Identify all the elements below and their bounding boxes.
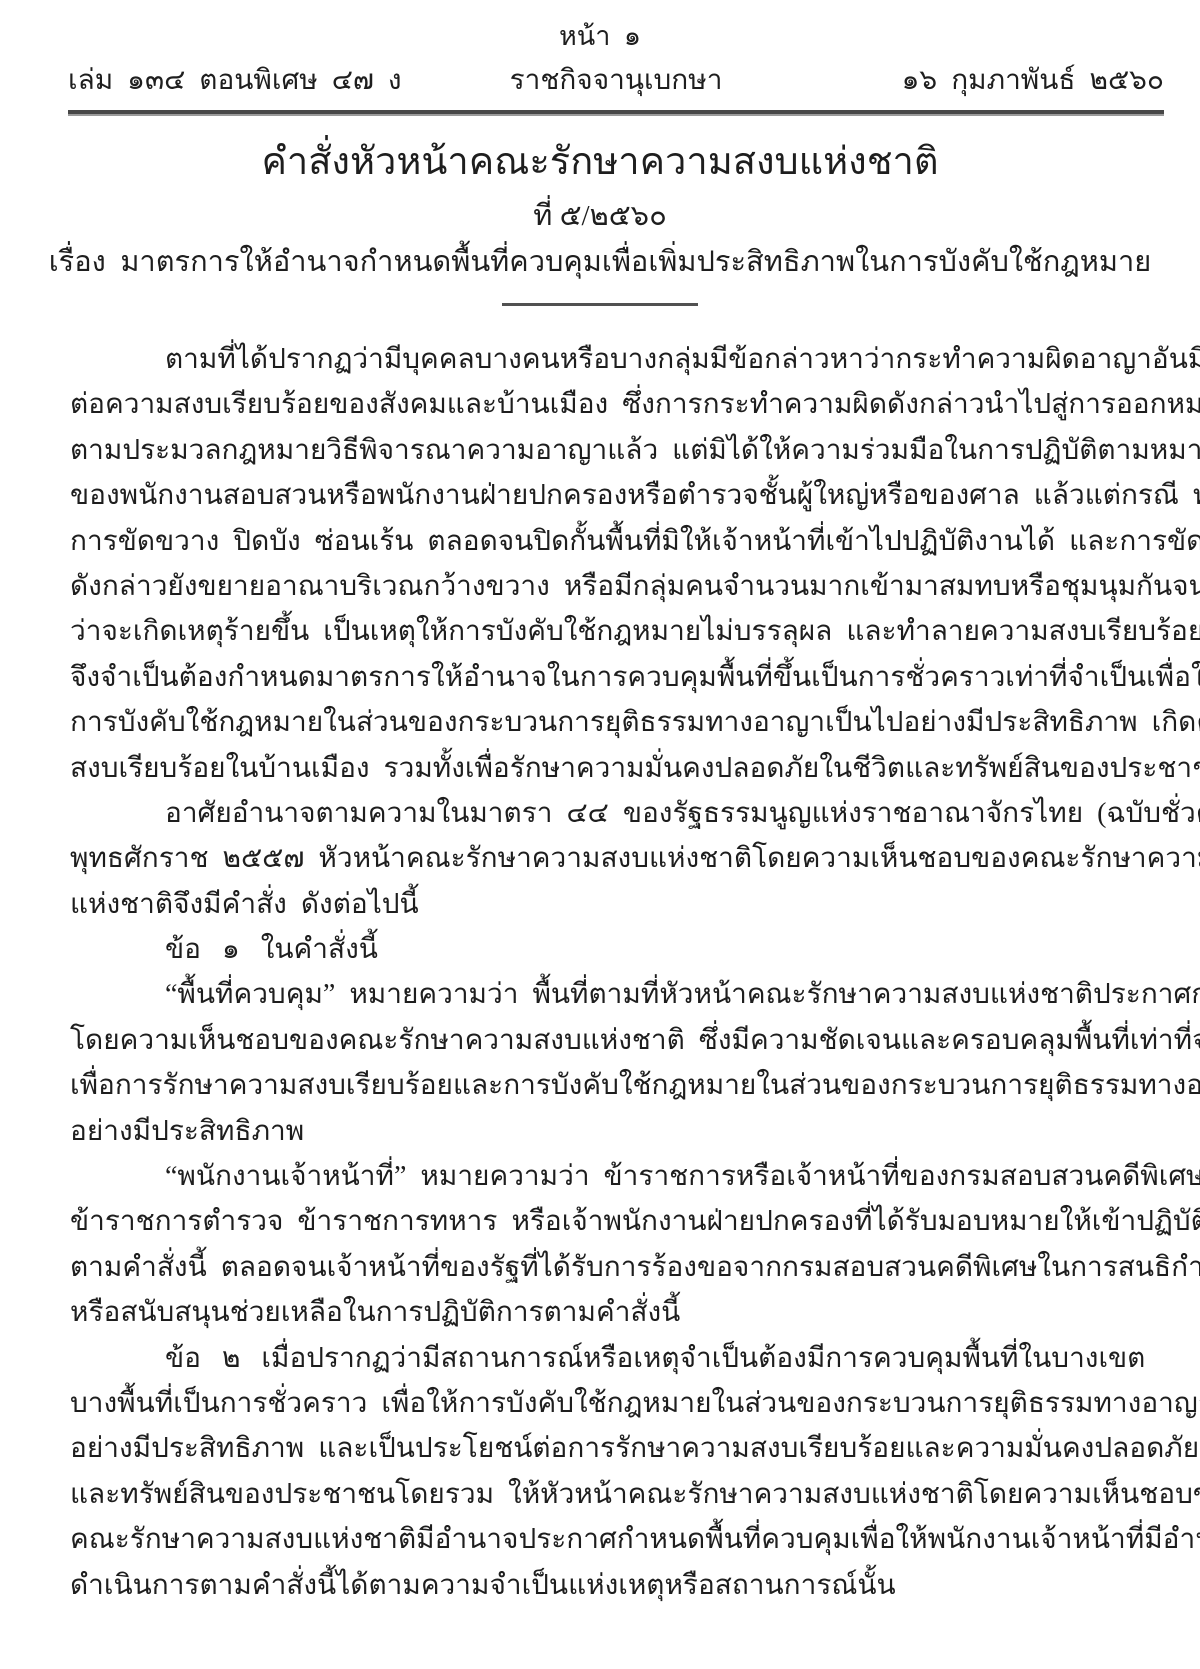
body-line: โดยความเห็นชอบของคณะรักษาความสงบแห่งชาติ… [70,1018,1142,1063]
body-line: การบังคับใช้กฎหมายในส่วนของกระบวนการยุติ… [70,700,1142,745]
body-line: เพื่อการรักษาความสงบเรียบร้อยและการบังคั… [70,1063,1142,1108]
body-line: ตามที่ได้ปรากฏว่ามีบุคคลบางคนหรือบางกลุ่… [70,337,1142,382]
body-line: อาศัยอำนาจตามความในมาตรา ๔๔ ของรัฐธรรมนู… [70,791,1142,836]
body-line: ดังกล่าวยังขยายอาณาบริเวณกว้างขวาง หรือม… [70,564,1142,609]
paragraph: “พื้นที่ควบคุม” หมายความว่า พื้นที่ตามที… [70,972,1142,1154]
paragraph: “พนักงานเจ้าหน้าที่” หมายความว่า ข้าราชก… [70,1154,1142,1336]
subject-rule-divider [502,303,698,306]
body-line: จึงจำเป็นต้องกำหนดมาตรการให้อำนาจในการคว… [70,655,1142,700]
page-header: หน้า ๑ เล่ม ๑๓๔ ตอนพิเศษ ๔๗ ง ราชกิจจานุ… [0,0,1200,116]
body-line: ข้าราชการตำรวจ ข้าราชการทหาร หรือเจ้าพนั… [70,1199,1142,1244]
body-line: ต่อความสงบเรียบร้อยของสังคมและบ้านเมือง … [70,382,1142,427]
body-line: ของพนักงานสอบสวนหรือพนักงานฝ่ายปกครองหรื… [70,473,1142,518]
body-line: บางพื้นที่เป็นการชั่วคราว เพื่อให้การบัง… [70,1381,1142,1426]
body-line: ดำเนินการตามคำสั่งนี้ได้ตามความจำเป็นแห่… [70,1563,1142,1608]
title-block: คำสั่งหัวหน้าคณะรักษาความสงบแห่งชาติ ที่… [0,138,1200,306]
body-line: อย่างมีประสิทธิภาพ และเป็นประโยชน์ต่อการ… [70,1426,1142,1471]
page-number-label: หน้า ๑ [0,20,1200,52]
order-subject: เรื่อง มาตรการให้อำนาจกำหนดพื้นที่ควบคุม… [0,242,1200,282]
paragraph: อาศัยอำนาจตามความในมาตรา ๔๔ ของรัฐธรรมนู… [70,791,1142,927]
issue-date: ๑๖ กุมภาพันธ์ ๒๕๖๐ [762,62,1164,100]
body-line: “พื้นที่ควบคุม” หมายความว่า พื้นที่ตามที… [70,972,1142,1017]
order-number: ที่ ๕/๒๕๖๐ [0,196,1200,236]
body-line: ตามประมวลกฎหมายวิธีพิจารณาความอาญาแล้ว แ… [70,428,1142,473]
paragraph: ตามที่ได้ปรากฏว่ามีบุคคลบางคนหรือบางกลุ่… [70,337,1142,791]
document-body: ตามที่ได้ปรากฏว่ามีบุคคลบางคนหรือบางกลุ่… [70,337,1142,1608]
volume-issue-label: เล่ม ๑๓๔ ตอนพิเศษ ๔๗ ง [68,62,470,100]
body-line: อย่างมีประสิทธิภาพ [70,1109,1142,1154]
body-line: และทรัพย์สินของประชาชนโดยรวม ให้หัวหน้าค… [70,1472,1142,1517]
body-line: “พนักงานเจ้าหน้าที่” หมายความว่า ข้าราชก… [70,1154,1142,1199]
paragraph: ข้อ ๑ ในคำสั่งนี้ [70,927,1142,972]
body-line: ว่าจะเกิดเหตุร้ายขึ้น เป็นเหตุให้การบังค… [70,609,1142,654]
body-line: สงบเรียบร้อยในบ้านเมือง รวมทั้งเพื่อรักษ… [70,746,1142,791]
body-line: พุทธศักราช ๒๕๕๗ หัวหน้าคณะรักษาความสงบแห… [70,836,1142,881]
body-line: แห่งชาติจึงมีคำสั่ง ดังต่อไปนี้ [70,882,1142,927]
body-line: ตามคำสั่งนี้ ตลอดจนเจ้าหน้าที่ของรัฐที่ไ… [70,1245,1142,1290]
masthead-row: เล่ม ๑๓๔ ตอนพิเศษ ๔๗ ง ราชกิจจานุเบกษา ๑… [68,62,1164,100]
body-line: หรือสนับสนุนช่วยเหลือในการปฏิบัติการตามค… [70,1290,1142,1335]
body-line: คณะรักษาความสงบแห่งชาติมีอำนาจประกาศกำหน… [70,1517,1142,1562]
header-rule-divider [68,110,1164,116]
order-title: คำสั่งหัวหน้าคณะรักษาความสงบแห่งชาติ [0,138,1200,187]
body-line: การขัดขวาง ปิดบัง ซ่อนเร้น ตลอดจนปิดกั้น… [70,519,1142,564]
document-page: หน้า ๑ เล่ม ๑๓๔ ตอนพิเศษ ๔๗ ง ราชกิจจานุ… [0,0,1200,1669]
paragraph: ข้อ ๒ เมื่อปรากฏว่ามีสถานการณ์หรือเหตุจำ… [70,1336,1142,1608]
body-line: ข้อ ๑ ในคำสั่งนี้ [70,927,1142,972]
gazette-title: ราชกิจจานุเบกษา [470,62,763,100]
body-line: ข้อ ๒ เมื่อปรากฏว่ามีสถานการณ์หรือเหตุจำ… [70,1336,1142,1381]
